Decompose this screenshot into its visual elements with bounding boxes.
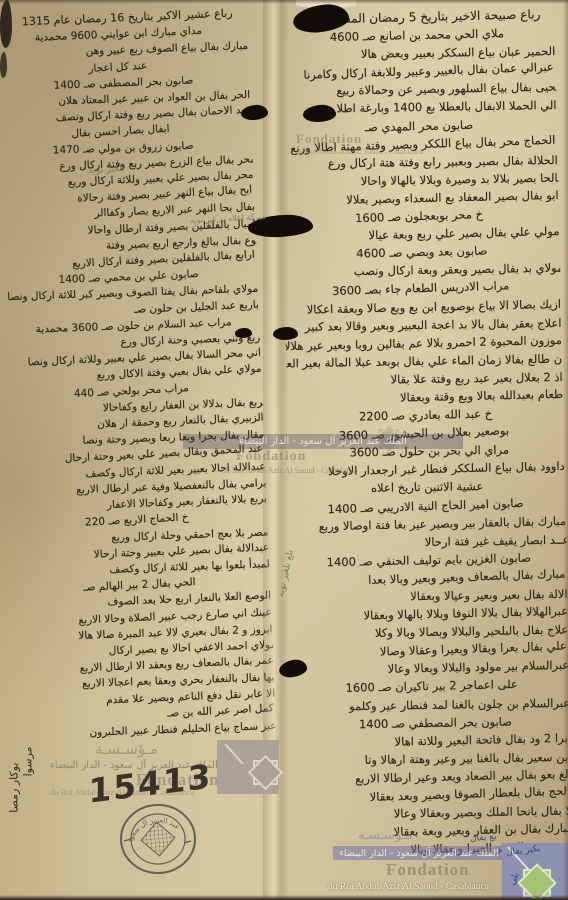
- watermark-arabic-line: الملك عبد العزيز آل سعود - الدار البيضاء: [339, 848, 498, 859]
- watermark-title: Fondation: [296, 131, 432, 147]
- watermark-arabic-line: الملك عبد العزيز آل سعود - الدار البيضاء: [239, 436, 407, 447]
- page-edge-bottom: [0, 895, 568, 900]
- ink-blot: [0, 52, 7, 78]
- foundation-logo-gray: [217, 740, 289, 796]
- manuscript-line: اعلاج بعقر بفال بالا بد اعجة البعبير وبع…: [285, 314, 561, 336]
- page-edge-top: [0, 0, 568, 4]
- watermark-org-arabic: مـؤسـسـة: [358, 828, 413, 843]
- ink-blot: [235, 328, 252, 338]
- watermark-subtitle: du Roi Abdul-Aziz Al Saoud - Casablanca: [296, 147, 432, 156]
- watermark-title: Fondation: [236, 449, 306, 465]
- manuscript-page: رباع عشير الاكبر بتاريخ 16 رمضان عام 131…: [0, 0, 568, 900]
- watermark-subtitle: du Roi Abdul-Aziz Al Saoud - Casablanca: [328, 882, 489, 892]
- label-band: الملك عبد العزيز آل سعود - الدار البيضاء: [333, 846, 505, 860]
- watermark-title: Fondation: [386, 860, 470, 880]
- round-stamp: عبد العزيز آل سعود: [116, 801, 200, 877]
- left-column: رباع عشير الاكبر بتاريخ 16 رمضان عام 131…: [0, 5, 277, 760]
- ink-blot: [273, 327, 298, 340]
- margin-note: بوكار رمصا: [8, 763, 21, 875]
- margin-note: مرسوا: [22, 747, 35, 843]
- manuscript-line: ابن سعير بفال بالغنا بير وعير وهتة ارهال…: [295, 748, 568, 770]
- watermark-subtitle: du Roi Abdul-Aziz Al Saoud - Casablanca: [222, 466, 358, 475]
- ink-blot: [0, 0, 12, 48]
- watermark-center-band: الملك عبد العزيز آل سعود - الدار البيضاء: [183, 434, 463, 449]
- watermark-mid-right: Fondation du Roi Abdul-Aziz Al Saoud - C…: [296, 131, 432, 156]
- page-edge-right: [563, 0, 568, 900]
- watermark-org-arabic: مـؤسـسـة: [95, 740, 158, 758]
